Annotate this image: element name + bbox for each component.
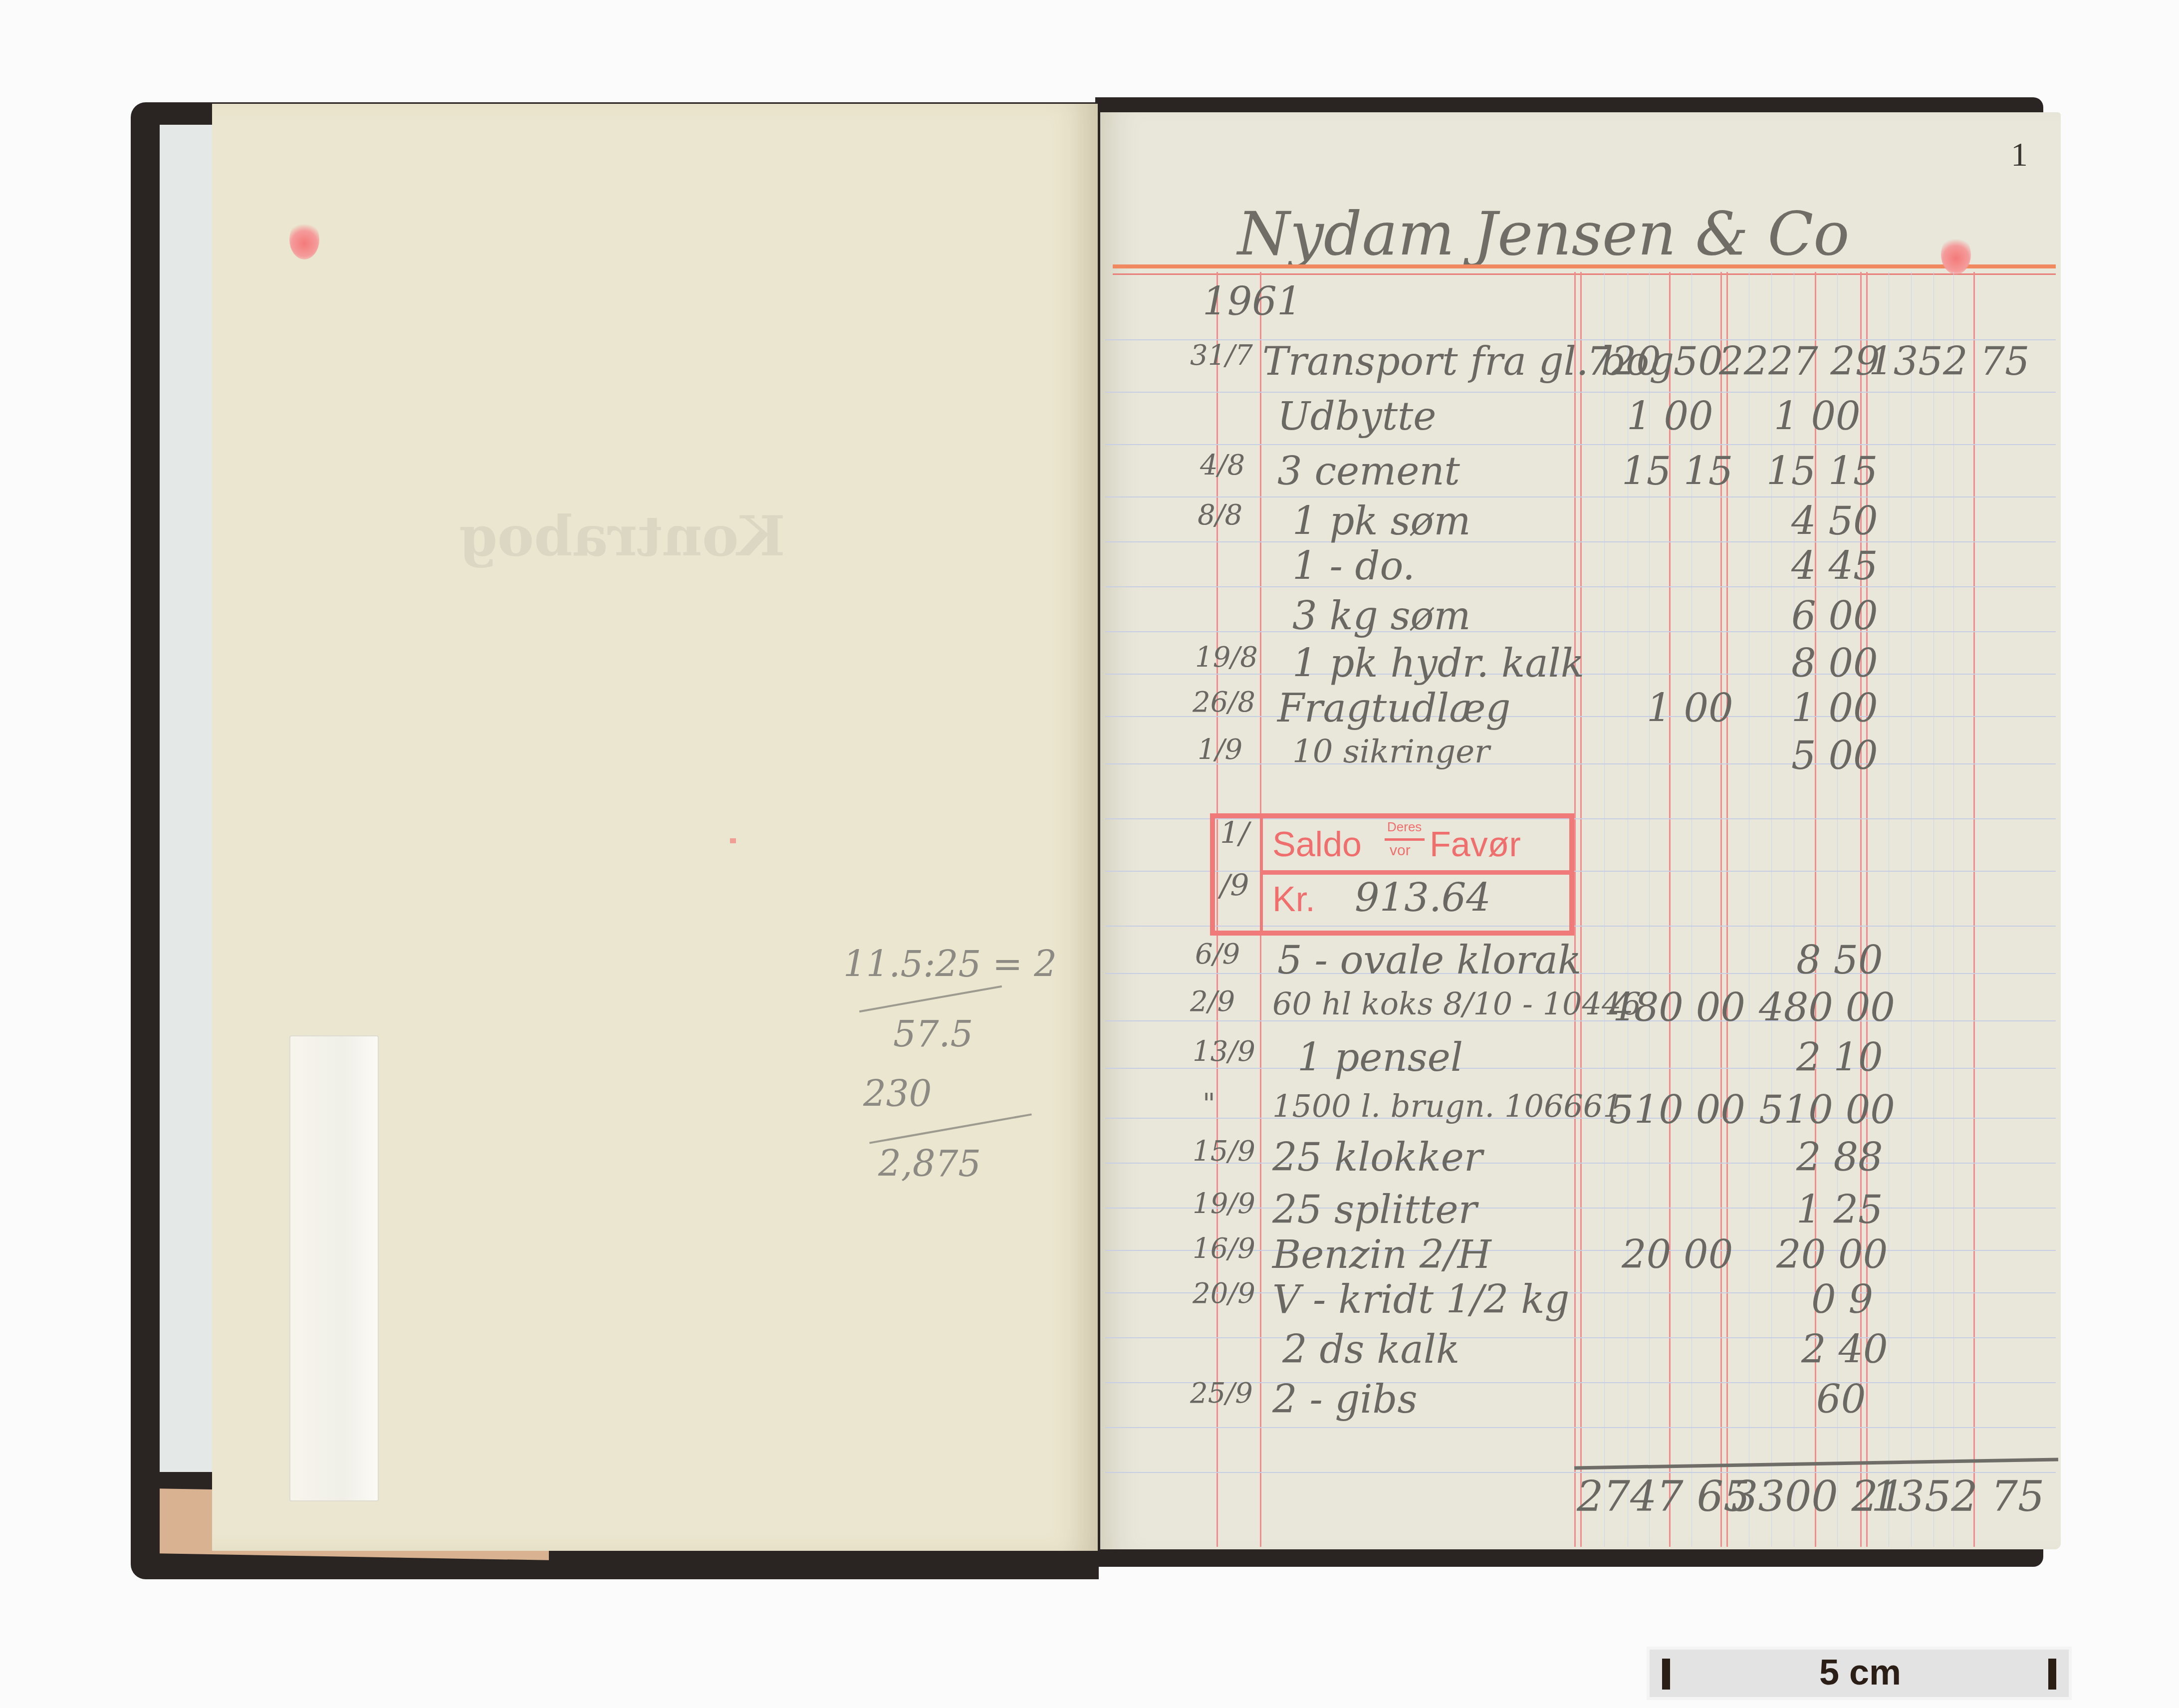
stamp-favor: Favør bbox=[1430, 824, 1521, 864]
entry-description: Udbytte bbox=[1277, 394, 1437, 439]
entry-date: 20/9 bbox=[1193, 1277, 1255, 1310]
stamp-amount: 913.64 bbox=[1355, 876, 1491, 921]
stamp-fraction-bar bbox=[1385, 838, 1425, 841]
subrule bbox=[1953, 272, 1954, 1547]
entry-description: 25 splitter bbox=[1272, 1188, 1477, 1232]
pencil-calc-line-4: 2,875 bbox=[878, 1143, 981, 1185]
header-rule bbox=[1113, 264, 2056, 268]
entry-credit: 2227 29 bbox=[1719, 339, 1880, 384]
entry-date: 4/8 bbox=[1200, 449, 1245, 482]
row-rule bbox=[1105, 444, 2056, 445]
entry-date: " bbox=[1203, 1088, 1215, 1120]
subrule bbox=[1934, 272, 1934, 1547]
stamp-kr-label: Kr. bbox=[1272, 879, 1315, 919]
entry-credit: 2 88 bbox=[1796, 1135, 1883, 1180]
account-name: Nydam Jensen & Co bbox=[1237, 200, 1850, 269]
subrule bbox=[1604, 272, 1605, 1547]
entry-debit: 1 00 bbox=[1627, 394, 1713, 439]
entry-debit: 1 00 bbox=[1647, 686, 1733, 731]
row-rule bbox=[1105, 1068, 2056, 1069]
entry-credit: 60 bbox=[1816, 1377, 1866, 1422]
entry-credit: 6 00 bbox=[1791, 594, 1878, 639]
entry-debit: 720 50 bbox=[1587, 339, 1723, 384]
entry-credit: 1 00 bbox=[1774, 394, 1861, 439]
entry-debit: 20 00 bbox=[1622, 1232, 1733, 1277]
scale-tick-right bbox=[2048, 1659, 2056, 1690]
rule-desc-right-2 bbox=[1580, 272, 1582, 1547]
subrule bbox=[1749, 272, 1749, 1547]
entry-description: Fragtudlæg bbox=[1277, 686, 1511, 731]
row-rule bbox=[1105, 631, 2056, 632]
entry-credit: 480 00 bbox=[1759, 985, 1895, 1030]
row-rule bbox=[1105, 1427, 2056, 1428]
stamp-fraction-bottom: vor bbox=[1390, 842, 1411, 859]
stamp-rule bbox=[1260, 870, 1569, 875]
row-rule bbox=[1105, 763, 2056, 764]
row-rule bbox=[1105, 496, 2056, 497]
rule-desc-right bbox=[1574, 272, 1576, 1547]
entry-credit: 2 40 bbox=[1801, 1327, 1888, 1372]
entry-debit: 15 15 bbox=[1622, 449, 1733, 494]
entry-date: 16/9 bbox=[1193, 1232, 1255, 1265]
scale-bar: 5 cm bbox=[1647, 1647, 2072, 1700]
entry-date: 6/9 bbox=[1195, 938, 1240, 971]
entry-date: 15/9 bbox=[1193, 1135, 1255, 1168]
total-debit: 2747 65 bbox=[1577, 1472, 1750, 1521]
entry-credit: 4 50 bbox=[1791, 499, 1878, 544]
entry-date: 19/9 bbox=[1193, 1188, 1255, 1220]
ledger-year: 1961 bbox=[1203, 279, 1302, 324]
entry-balance: 1352 75 bbox=[1869, 339, 2030, 384]
entry-credit: 15 15 bbox=[1766, 449, 1878, 494]
entry-credit: 510 00 bbox=[1759, 1088, 1895, 1133]
entry-credit: 5 00 bbox=[1791, 733, 1878, 778]
row-rule bbox=[1105, 1337, 2056, 1338]
subrule bbox=[1889, 272, 1889, 1547]
stamp-fraction-top: Deres bbox=[1387, 819, 1422, 835]
entry-description: 2 ds kalk bbox=[1282, 1327, 1459, 1372]
entry-description: 2 - gibs bbox=[1272, 1377, 1417, 1422]
entry-description: 1 pk søm bbox=[1292, 499, 1470, 544]
entry-description: 3 kg søm bbox=[1292, 594, 1470, 639]
entry-description: 60 hl koks 8/10 - 10446 bbox=[1272, 985, 1641, 1022]
header-rule-thin bbox=[1113, 273, 2056, 275]
pencil-calc-line-3: 230 bbox=[863, 1073, 932, 1115]
entry-description: 3 cement bbox=[1277, 449, 1460, 494]
entry-description: Benzin 2/H bbox=[1272, 1232, 1491, 1277]
row-rule bbox=[1105, 586, 2056, 587]
entry-credit: 8 50 bbox=[1796, 938, 1883, 983]
pencil-calc-line-1: 11.5:25 = 2 bbox=[843, 943, 1057, 985]
entry-credit: 4 45 bbox=[1791, 544, 1878, 589]
entry-date: 25/9 bbox=[1190, 1377, 1253, 1410]
entry-credit: 1 00 bbox=[1791, 686, 1878, 731]
entry-date: 2/9 bbox=[1190, 985, 1235, 1018]
pencil-calc-line-2: 57.5 bbox=[893, 1013, 973, 1055]
entry-description: 10 sikringer bbox=[1292, 733, 1490, 770]
entry-description: 25 klokker bbox=[1272, 1135, 1482, 1180]
entry-credit: 20 00 bbox=[1776, 1232, 1888, 1277]
entry-description: 1 pensel bbox=[1297, 1035, 1463, 1080]
rule-balance-ore bbox=[1973, 272, 1975, 1547]
stamp-saldo: Saldo bbox=[1272, 824, 1362, 864]
entry-description: 1 - do. bbox=[1292, 544, 1415, 589]
show-through-title: Kontrabog bbox=[459, 504, 785, 568]
entry-credit: 8 00 bbox=[1791, 641, 1878, 686]
stamp-date-bottom: /9 bbox=[1220, 868, 1249, 903]
red-ink-blot-left bbox=[289, 220, 319, 259]
red-ink-specks bbox=[730, 838, 736, 843]
entry-description: V - kridt 1/2 kg bbox=[1272, 1277, 1569, 1322]
entry-debit: 510 00 bbox=[1609, 1088, 1745, 1133]
subrule bbox=[1911, 272, 1912, 1547]
saldo-stamp: 1/ /9 Saldo Deres vor Favør Kr. 913.64 bbox=[1210, 813, 1574, 936]
entry-debit: 480 00 bbox=[1609, 985, 1745, 1030]
entry-date: 13/9 bbox=[1193, 1035, 1255, 1068]
row-rule bbox=[1105, 541, 2056, 542]
total-balance: 1352 75 bbox=[1871, 1472, 2044, 1521]
entry-description: 1 pk hydr. kalk bbox=[1292, 641, 1584, 686]
page-number: 1 bbox=[2011, 135, 2028, 174]
entry-description: 5 - ovale klorak bbox=[1277, 938, 1581, 983]
row-rule bbox=[1105, 392, 2056, 393]
entry-credit: 2 10 bbox=[1796, 1035, 1883, 1080]
red-ink-blot-right bbox=[1941, 235, 1971, 274]
stamp-date-top: 1/ bbox=[1220, 816, 1249, 851]
entry-date: 1/9 bbox=[1198, 733, 1242, 766]
entry-date: 8/8 bbox=[1198, 499, 1242, 531]
entry-credit: 1 25 bbox=[1796, 1188, 1883, 1232]
entry-description: 1500 l. brugn. 106661 bbox=[1272, 1088, 1623, 1124]
entry-date: 26/8 bbox=[1193, 686, 1255, 719]
acrylic-page-weight bbox=[289, 1035, 379, 1501]
entry-date: 19/8 bbox=[1195, 641, 1258, 674]
entry-date: 31/7 bbox=[1190, 339, 1253, 372]
scale-tick-left bbox=[1662, 1659, 1670, 1690]
entry-credit: 0 9 bbox=[1811, 1277, 1873, 1322]
scale-label: 5 cm bbox=[1819, 1652, 1901, 1693]
